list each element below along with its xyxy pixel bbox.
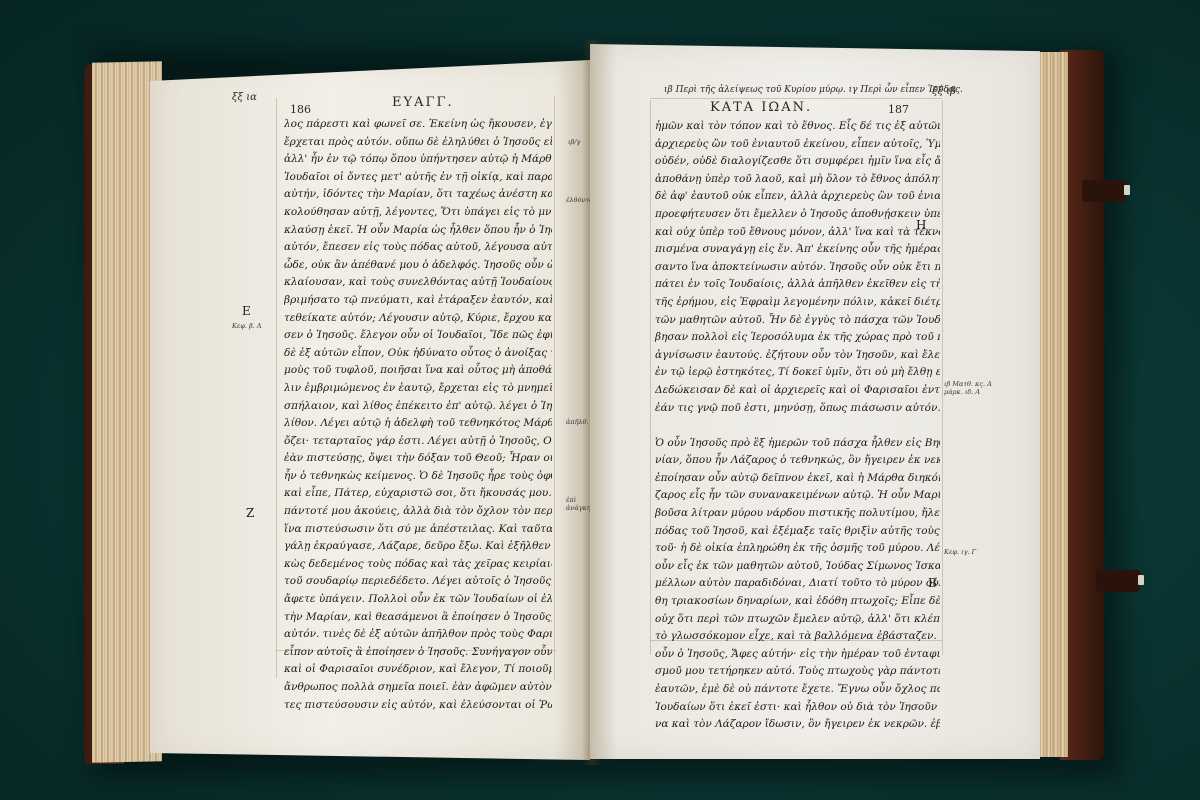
text-line: ζαρος εἷς ἦν τῶν συνανακειμένων αὐτῷ. Ἡ … [655, 487, 940, 505]
rule-line [942, 100, 943, 655]
text-line: τὴν Μαρίαν, καὶ θεασάμενοι ἃ ἐποίησεν ὁ … [284, 609, 552, 627]
text-line: ἑαυτῶν, ἐμὲ δὲ οὐ πάντοτε ἔχετε. Ἔγνω οὖ… [655, 681, 940, 699]
text-line: σμοῦ μου τετήρηκεν αὐτό. Τοὺς πτωχοὺς γὰ… [655, 663, 940, 681]
text-line: ἄφετε ὑπάγειν. Πολλοὶ οὖν ἐκ τῶν Ἰουδαίω… [284, 591, 552, 609]
text-line: βριμήσατο τῷ πνεύματι, καὶ ἐτάραξεν ἑαυτ… [284, 292, 552, 310]
text-line: σπήλαιον, καὶ λίθος ἐπέκειτο ἐπ' αὐτῷ. λ… [284, 398, 552, 416]
text-line: πισμένα συναγάγῃ εἰς ἕν. Ἀπ' ἐκείνης οὖν… [655, 241, 940, 259]
text-line: ἔρχεται πρὸς αὐτόν. οὔπω δὲ ἐληλύθει ὁ Ἰ… [284, 134, 552, 152]
text-line: οὐχ ὅτι περὶ τῶν πτωχῶν ἔμελεν αὐτῷ, ἀλλ… [655, 611, 940, 629]
section-letter: H [916, 218, 926, 232]
rule-line [650, 100, 651, 655]
text-line [655, 417, 940, 435]
text-line: ἐάν τις γνῷ ποῦ ἐστι, μηνύσῃ, ὅπως πιάσω… [655, 400, 940, 418]
text-line: Ἰουδαίων ὅτι ἐκεῖ ἐστι· καὶ ἦλθον οὐ διὰ… [655, 699, 940, 717]
text-line: καὶ εἶπε, Πάτερ, εὐχαριστῶ σοι, ὅτι ἤκου… [284, 485, 552, 503]
text-line: καὶ οὐχ ὑπὲρ τοῦ ἔθνους μόνον, ἀλλ' ἵνα … [655, 224, 940, 242]
text-line: τὸ γλωσσόκομον εἶχε, καὶ τὰ βαλλόμενα ἐβ… [655, 628, 940, 646]
text-line: οὐδέν, οὐδὲ διαλογίζεσθε ὅτι συμφέρει ἡμ… [655, 153, 940, 171]
rule-line [554, 96, 555, 681]
margin-note: Κεφ. β. Α [232, 322, 278, 330]
text-line: γάλῃ ἐκραύγασε, Λάζαρε, δεῦρο ἔξω. Καὶ ἐ… [284, 538, 552, 556]
text-line: κλαύσῃ ἐκεῖ. Ἡ οὖν Μαρία ὡς ἦλθεν ὅπου ἦ… [284, 222, 552, 240]
margin-note: ιβ Ματθ. κς. Α μάρκ. ιδ. Α [944, 380, 994, 396]
text-line: λίθον. Λέγει αὐτῷ ἡ ἀδελφὴ τοῦ τεθνηκότο… [284, 415, 552, 433]
text-line: πάντοτέ μου ἀκούεις, ἀλλὰ διὰ τὸν ὄχλον … [284, 503, 552, 521]
text-line: αὐτόν, ἔπεσεν εἰς τοὺς πόδας αὐτοῦ, λέγο… [284, 239, 552, 257]
text-line: ἁγνίσωσιν ἑαυτούς. ἐζήτουν οὖν τὸν Ἰησοῦ… [655, 347, 940, 365]
text-line: τεθείκατε αὐτόν; Λέγουσιν αὐτῷ, Κύριε, ἔ… [284, 310, 552, 328]
text-line: ἐὰν πιστεύσῃς, ὄψει τὴν δόξαν τοῦ Θεοῦ; … [284, 450, 552, 468]
right-text-block: ἡμῶν καὶ τὸν τόπον καὶ τὸ ἔθνος. Εἷς δέ … [655, 118, 940, 734]
text-line: κὼς δεδεμένος τοὺς πόδας καὶ τὰς χεῖρας … [284, 556, 552, 574]
photo-scene: ξξ ια 186 ΕΥΑΓΓ. λος πάρεστι καὶ φωνεῖ σ… [0, 0, 1200, 800]
text-line: κολούθησαν αὐτῇ, λέγοντες, Ὅτι ὑπάγει εἰ… [284, 204, 552, 222]
text-line: ἵνα πιστεύσωσιν ὅτι σύ με ἀπέστειλας. Κα… [284, 521, 552, 539]
text-line: αὐτήν, ἰδόντες τὴν Μαρίαν, ὅτι ταχέως ἀν… [284, 186, 552, 204]
text-line: νίαν, ὅπου ἦν Λάζαρος ὁ τεθνηκώς, ὃν ἤγε… [655, 452, 940, 470]
text-line: ἐποίησαν οὖν αὐτῷ δεῖπνον ἐκεῖ, καὶ ἡ Μά… [655, 470, 940, 488]
text-line: μέλλων αὐτὸν παραδιδόναι, Διατί τοῦτο τὸ… [655, 575, 940, 593]
rule-line [276, 98, 277, 678]
rule-line [650, 98, 942, 99]
section-letter: Z [246, 506, 254, 520]
text-line: σαντο ἵνα ἀποκτείνωσιν αὐτόν. Ἰησοῦς οὖν… [655, 259, 940, 277]
text-line: μοὺς τοῦ τυφλοῦ, ποιῆσαι ἵνα καὶ οὗτος μ… [284, 362, 552, 380]
text-line: θη τριακοσίων δηναρίων, καὶ ἐδόθη πτωχοῖ… [655, 593, 940, 611]
text-line: δὲ ἀφ' ἑαυτοῦ οὐκ εἶπεν, ἀλλὰ ἀρχιερεὺς … [655, 188, 940, 206]
text-line: αὐτόν. τινὲς δὲ ἐξ αὐτῶν ἀπῆλθον πρὸς το… [284, 626, 552, 644]
text-line: ὧδε, οὐκ ἂν ἀπέθανέ μου ὁ ἀδελφός. Ἰησοῦ… [284, 257, 552, 275]
text-line: ἡμῶν καὶ τὸν τόπον καὶ τὸ ἔθνος. Εἷς δέ … [655, 118, 940, 136]
signature-mark: ξξ ιβ [932, 86, 956, 97]
text-line: τες πιστεύσουσιν εἰς αὐτόν, καὶ ἐλεύσοντ… [284, 697, 552, 715]
text-line: ἀλλ' ἦν ἐν τῷ τόπῳ ὅπου ὑπήντησεν αὐτῷ ἡ… [284, 151, 552, 169]
clasp-icon [1082, 180, 1126, 202]
signature-mark: ξξ ια [232, 92, 257, 103]
text-line: ἐν τῷ ἱερῷ ἑστηκότες, Τί δοκεῖ ὑμῖν, ὅτι… [655, 364, 940, 382]
running-head: ΚΑΤΑ ΙΩΑΝ. [710, 100, 812, 115]
text-line: Ἰουδαῖοι οἱ ὄντες μετ' αὐτῆς ἐν τῇ οἰκίᾳ… [284, 169, 552, 187]
text-line: λιν ἐμβριμώμενος ἐν ἑαυτῷ, ἔρχεται εἰς τ… [284, 380, 552, 398]
text-line: οὖν ὁ Ἰησοῦς, Ἄφες αὐτήν· εἰς τὴν ἡμέραν… [655, 646, 940, 664]
chapter-summary-header: ιβ Περὶ τῆς ἀλείψεως τοῦ Κυρίου μύρῳ. ιγ… [664, 85, 963, 95]
text-line: τοῦ· ἡ δὲ οἰκία ἐπληρώθη ἐκ τῆς ὀσμῆς το… [655, 540, 940, 558]
text-line: καὶ οἱ Φαρισαῖοι συνέδριον, καὶ ἔλεγον, … [284, 661, 552, 679]
text-line: ἀρχιερεὺς ὢν τοῦ ἐνιαυτοῦ ἐκείνου, εἶπεν… [655, 136, 940, 154]
text-line: λος πάρεστι καὶ φωνεῖ σε. Ἐκείνη ὡς ἤκου… [284, 116, 552, 134]
text-line: σεν ὁ Ἰησοῦς. ἔλεγον οὖν οἱ Ἰουδαῖοι, Ἴδ… [284, 327, 552, 345]
page-number: 186 [290, 103, 311, 116]
text-line: ἀποθάνῃ ὑπὲρ τοῦ λαοῦ, καὶ μὴ ὅλον τὸ ἔθ… [655, 171, 940, 189]
left-text-block: λος πάρεστι καὶ φωνεῖ σε. Ἐκείνη ὡς ἤκου… [284, 116, 552, 714]
page-number: 187 [888, 103, 909, 116]
text-line: τῶν μαθητῶν αὐτοῦ. Ἦν δὲ ἐγγὺς τὸ πάσχα … [655, 312, 940, 330]
text-line: Δεδώκεισαν δὲ καὶ οἱ ἀρχιερεῖς καὶ οἱ Φα… [655, 382, 940, 400]
text-line: δὲ ἐξ αὐτῶν εἶπον, Οὐκ ἠδύνατο οὗτος ὁ ἀ… [284, 345, 552, 363]
text-line: πόδας τοῦ Ἰησοῦ, καὶ ἐξέμαξε ταῖς θριξὶν… [655, 523, 940, 541]
text-line: βοῦσα λίτραν μύρου νάρδου πιστικῆς πολυτ… [655, 505, 940, 523]
text-line: οὖν εἷς ἐκ τῶν μαθητῶν αὐτοῦ, Ἰούδας Σίμ… [655, 558, 940, 576]
text-line: πάτει ἐν τοῖς Ἰουδαίοις, ἀλλὰ ἀπῆλθεν ἐκ… [655, 276, 940, 294]
text-line: να καὶ τὸν Λάζαρον ἴδωσιν, ὃν ἤγειρεν ἐκ… [655, 716, 940, 734]
section-letter: B [928, 576, 937, 590]
text-line: βησαν πολλοὶ εἰς Ἱεροσόλυμα ἐκ τῆς χώρας… [655, 329, 940, 347]
text-line: ὄζει· τεταρταῖος γάρ ἐστι. Λέγει αὐτῇ ὁ … [284, 433, 552, 451]
text-line: ἦν ὁ τεθνηκὼς κείμενος. Ὁ δὲ Ἰησοῦς ἦρε … [284, 468, 552, 486]
running-head: ΕΥΑΓΓ. [392, 95, 454, 110]
clasp-icon [1096, 570, 1140, 592]
margin-note: Κεφ. ιγ. Γ [944, 548, 988, 556]
text-line: εἶπον αὐτοῖς ἃ ἐποίησεν ὁ Ἰησοῦς. Συνήγα… [284, 644, 552, 662]
text-line: ἄνθρωπος πολλὰ σημεῖα ποιεῖ. ἐὰν ἀφῶμεν … [284, 679, 552, 697]
text-line: Ὁ οὖν Ἰησοῦς πρὸ ἓξ ἡμερῶν τοῦ πάσχα ἦλθ… [655, 435, 940, 453]
text-line: τῆς ἐρήμου, εἰς Ἐφραὶμ λεγομένην πόλιν, … [655, 294, 940, 312]
section-letter: E [242, 304, 251, 318]
text-line: τοῦ σουδαρίῳ περιεδέδετο. Λέγει αὐτοῖς ὁ… [284, 573, 552, 591]
text-line: κλαίουσαν, καὶ τοὺς συνελθόντας αὐτῇ Ἰου… [284, 274, 552, 292]
text-line: προεφήτευσεν ὅτι ἔμελλεν ὁ Ἰησοῦς ἀποθνῄ… [655, 206, 940, 224]
